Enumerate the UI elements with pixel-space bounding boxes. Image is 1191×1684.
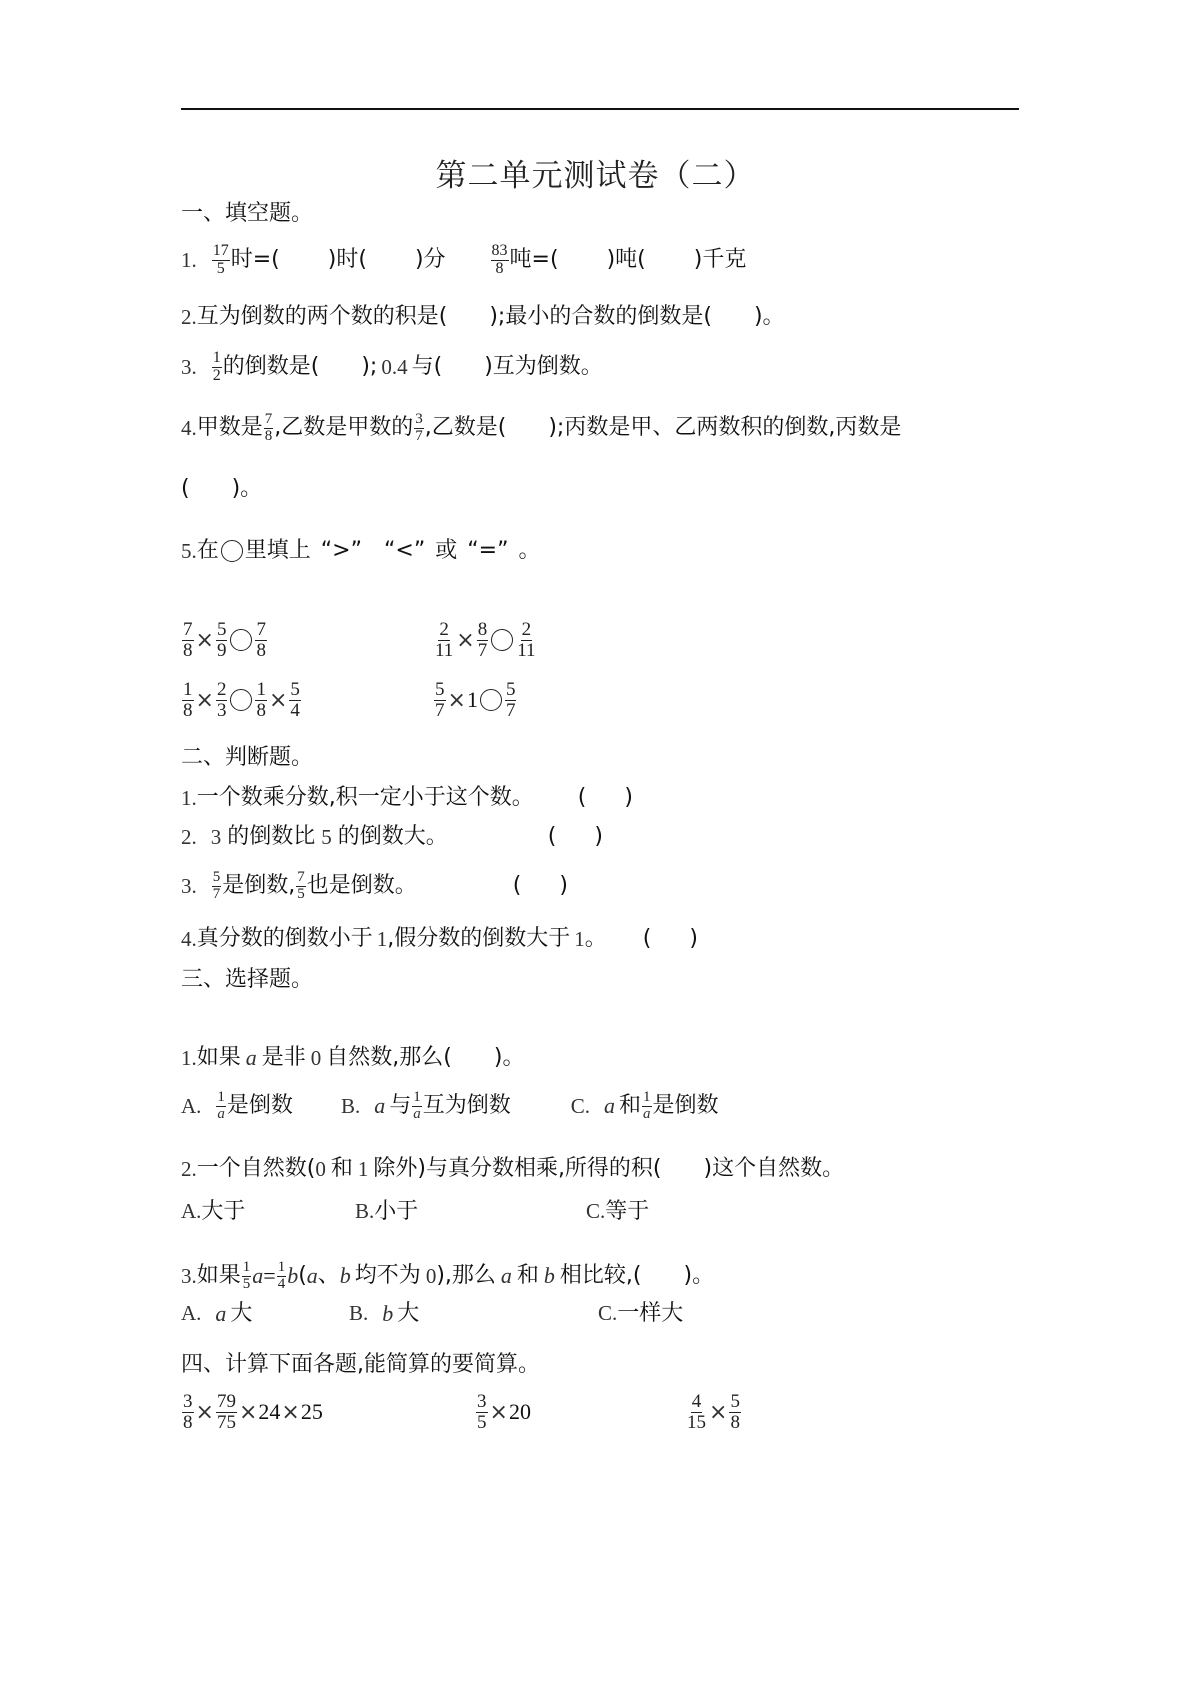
section-fill-header: 一、填空题。 xyxy=(181,203,313,225)
answer-paren[interactable]: ) xyxy=(594,826,603,848)
number: 3 xyxy=(211,827,222,848)
question-number: 2. xyxy=(181,827,197,848)
question-number: 4. xyxy=(181,929,197,950)
choice-q1: 1. 如果 a 是非 0 自然数,那么( )。 xyxy=(181,1047,524,1069)
option-a[interactable]: A.大于 xyxy=(181,1201,245,1223)
text: 如果 xyxy=(197,1265,241,1287)
text: 互为倒数的两个数的积是( xyxy=(197,306,448,328)
fraction: 75 xyxy=(296,870,306,903)
calc-expr-2: 35 × 20 xyxy=(475,1392,531,1433)
option-c[interactable]: C. a 和 1a 是倒数 xyxy=(571,1090,719,1123)
fraction: 175 xyxy=(212,243,230,278)
text: 。 xyxy=(585,928,607,950)
compare-expr-3: 18 × 23 18 × 54 xyxy=(181,680,302,721)
text: );丙数是甲、乙两数积的倒数,丙数是 xyxy=(548,417,901,439)
text: “<” xyxy=(384,540,425,562)
question-number: 3. xyxy=(181,1266,197,1287)
text: 在 xyxy=(197,540,219,562)
variable: a xyxy=(246,1047,257,1069)
text: )吨( xyxy=(607,249,646,271)
fill-q1: 1. 175 时=( )时( )分 838 吨=( )吨( )千克 xyxy=(181,243,746,278)
text: 里填上 xyxy=(245,540,311,562)
option-a[interactable]: A.a大 xyxy=(181,1303,252,1325)
times-sign: × xyxy=(196,688,214,713)
text: )时( xyxy=(328,249,367,271)
text: 真分数的倒数小于 xyxy=(197,928,373,950)
compare-expr-1: 78 × 59 78 xyxy=(181,620,268,661)
choice-q3: 3. 如果 15 a = 14 b ( a 、 b 均不为 0 ),那么 a 和… xyxy=(181,1260,714,1293)
text: )千克 xyxy=(694,249,747,271)
fill-q3: 3. 12 的倒数是( ); 0.4 与( )互为倒数。 xyxy=(181,350,603,385)
choice-q1-options: A. 1a 是倒数 B. a 与 1a 互为倒数 C. a 和 1a 是倒数 xyxy=(181,1090,719,1123)
choice-q2: 2. 一个自然数( 0 和 1 除外)与真分数相乘,所得的积( )这个自然数。 xyxy=(181,1158,844,1180)
number: 1 xyxy=(358,1159,369,1180)
text: )这个自然数。 xyxy=(704,1158,845,1180)
times-sign: × xyxy=(196,628,214,653)
question-number: 3. xyxy=(181,876,197,897)
times-sign: × xyxy=(456,628,474,653)
text: 自然数,那么( xyxy=(326,1047,452,1069)
option-b[interactable]: B.b大 xyxy=(349,1303,419,1325)
fill-q5: 5. 在 里填上 “>” “<” 或 “=” 。 xyxy=(181,540,541,562)
variable: b xyxy=(340,1265,351,1287)
variable: a xyxy=(307,1265,318,1287)
text: ,假分数的倒数大于 xyxy=(387,928,570,950)
question-number: 3. xyxy=(181,357,197,378)
answer-paren[interactable]: ) xyxy=(559,875,568,897)
question-number: 2. xyxy=(181,307,197,328)
compare-circle[interactable] xyxy=(480,689,502,711)
header-rule xyxy=(181,108,1019,110)
question-number: 5. xyxy=(181,541,197,562)
answer-paren[interactable]: ) xyxy=(624,787,633,809)
compare-circle[interactable] xyxy=(230,629,252,651)
calc-expr-1: 38 × 7975 × 24 × 25 xyxy=(181,1392,323,1433)
text: );最小的合数的倒数是( xyxy=(489,306,712,328)
text: 一个数乘分数,积一定小于这个数。 xyxy=(197,787,534,809)
text: )。 xyxy=(754,306,785,328)
text: 或 xyxy=(435,540,457,562)
text: 是非 xyxy=(262,1047,306,1069)
text: 是倒数, xyxy=(222,875,295,897)
text: ,乙数是甲数的 xyxy=(274,417,413,439)
text: “=” xyxy=(467,540,508,562)
text: 吨=( xyxy=(510,249,559,271)
answer-paren[interactable]: ( xyxy=(513,875,522,897)
text: 甲数是 xyxy=(197,417,263,439)
number: 1 xyxy=(574,929,585,950)
text: 也是倒数。 xyxy=(307,875,417,897)
question-number: 2. xyxy=(181,1159,197,1180)
fill-q4-cont: ( )。 xyxy=(181,478,262,500)
text: 的倒数比 xyxy=(227,826,315,848)
option-c[interactable]: C.一样大 xyxy=(598,1303,683,1325)
variable: b xyxy=(287,1265,298,1287)
answer-paren[interactable]: ( xyxy=(548,826,557,848)
text: )互为倒数。 xyxy=(484,356,603,378)
judge-q3: 3. 57 是倒数, 75 也是倒数。 ( ) xyxy=(181,870,568,903)
number: 0 xyxy=(315,1159,326,1180)
number: 5 xyxy=(321,827,332,848)
option-b[interactable]: B.小于 xyxy=(355,1201,418,1223)
fraction: 78 xyxy=(264,412,274,445)
text: 时=( xyxy=(231,249,280,271)
option-c[interactable]: C.等于 xyxy=(586,1201,649,1223)
compare-circle[interactable] xyxy=(491,629,513,651)
option-b[interactable]: B. a 与 1a 互为倒数 xyxy=(341,1090,511,1123)
page-title: 第二单元测试卷（二） xyxy=(0,150,1191,195)
text: ); xyxy=(361,356,377,378)
variable: b xyxy=(544,1265,555,1287)
text: 一个自然数( xyxy=(197,1158,316,1180)
text: )分 xyxy=(415,249,446,271)
fraction: 37 xyxy=(414,412,424,445)
text: )。 xyxy=(494,1047,525,1069)
section-choice-header: 三、选择题。 xyxy=(181,969,313,991)
answer-paren[interactable]: ( xyxy=(643,928,652,950)
text: 。 xyxy=(519,540,541,562)
text: ,乙数是( xyxy=(425,417,507,439)
text: 如果 xyxy=(197,1047,241,1069)
text: )。 xyxy=(232,478,263,500)
fraction: 12 xyxy=(212,350,222,385)
variable: a xyxy=(501,1265,512,1287)
text: 与( xyxy=(412,356,443,378)
judge-q1: 1. 一个数乘分数,积一定小于这个数。 ( ) xyxy=(181,787,633,809)
calc-expr-3: 415 × 58 xyxy=(685,1392,742,1433)
times-sign: × xyxy=(448,688,466,713)
number: 1 xyxy=(467,687,478,713)
section-calc-header: 四、计算下面各题,能简算的要简算。 xyxy=(181,1354,540,1376)
text: 和 xyxy=(331,1158,353,1180)
question-number: 1. xyxy=(181,1048,197,1069)
fill-q2: 2. 互为倒数的两个数的积是( );最小的合数的倒数是( )。 xyxy=(181,306,785,328)
fill-q4: 4. 甲数是 78 ,乙数是甲数的 37 ,乙数是( );丙数是甲、乙两数积的倒… xyxy=(181,412,901,445)
variable: a xyxy=(252,1265,263,1287)
compare-circle[interactable] xyxy=(230,689,252,711)
question-number: 1. xyxy=(181,788,197,809)
number: 0 xyxy=(311,1048,322,1069)
text: “>” xyxy=(321,540,362,562)
times-sign: × xyxy=(269,688,287,713)
section-judge-header: 二、判断题。 xyxy=(181,747,313,769)
compare-expr-2: 211 × 87 211 xyxy=(433,620,538,661)
fraction: 838 xyxy=(491,243,509,278)
fraction: 57 xyxy=(212,870,222,903)
circle-icon xyxy=(221,540,243,562)
answer-paren[interactable]: ( xyxy=(578,787,587,809)
question-number: 1. xyxy=(181,250,197,271)
compare-expr-4: 57 × 1 57 xyxy=(433,680,517,721)
text: 除外)与真分数相乘,所得的积( xyxy=(373,1158,661,1180)
question-number: 4. xyxy=(181,418,197,439)
text: 的倒数大。 xyxy=(338,826,448,848)
number: 1 xyxy=(377,929,388,950)
option-a[interactable]: A. 1a 是倒数 xyxy=(181,1090,293,1123)
answer-paren[interactable]: ) xyxy=(689,928,698,950)
judge-q4: 4. 真分数的倒数小于 1 ,假分数的倒数大于 1 。 ( ) xyxy=(181,928,698,950)
number: 0.4 xyxy=(381,357,407,378)
text: 的倒数是( xyxy=(223,356,320,378)
judge-q2: 2. 3 的倒数比 5 的倒数大。 ( ) xyxy=(181,826,603,848)
text: ( xyxy=(181,478,190,500)
